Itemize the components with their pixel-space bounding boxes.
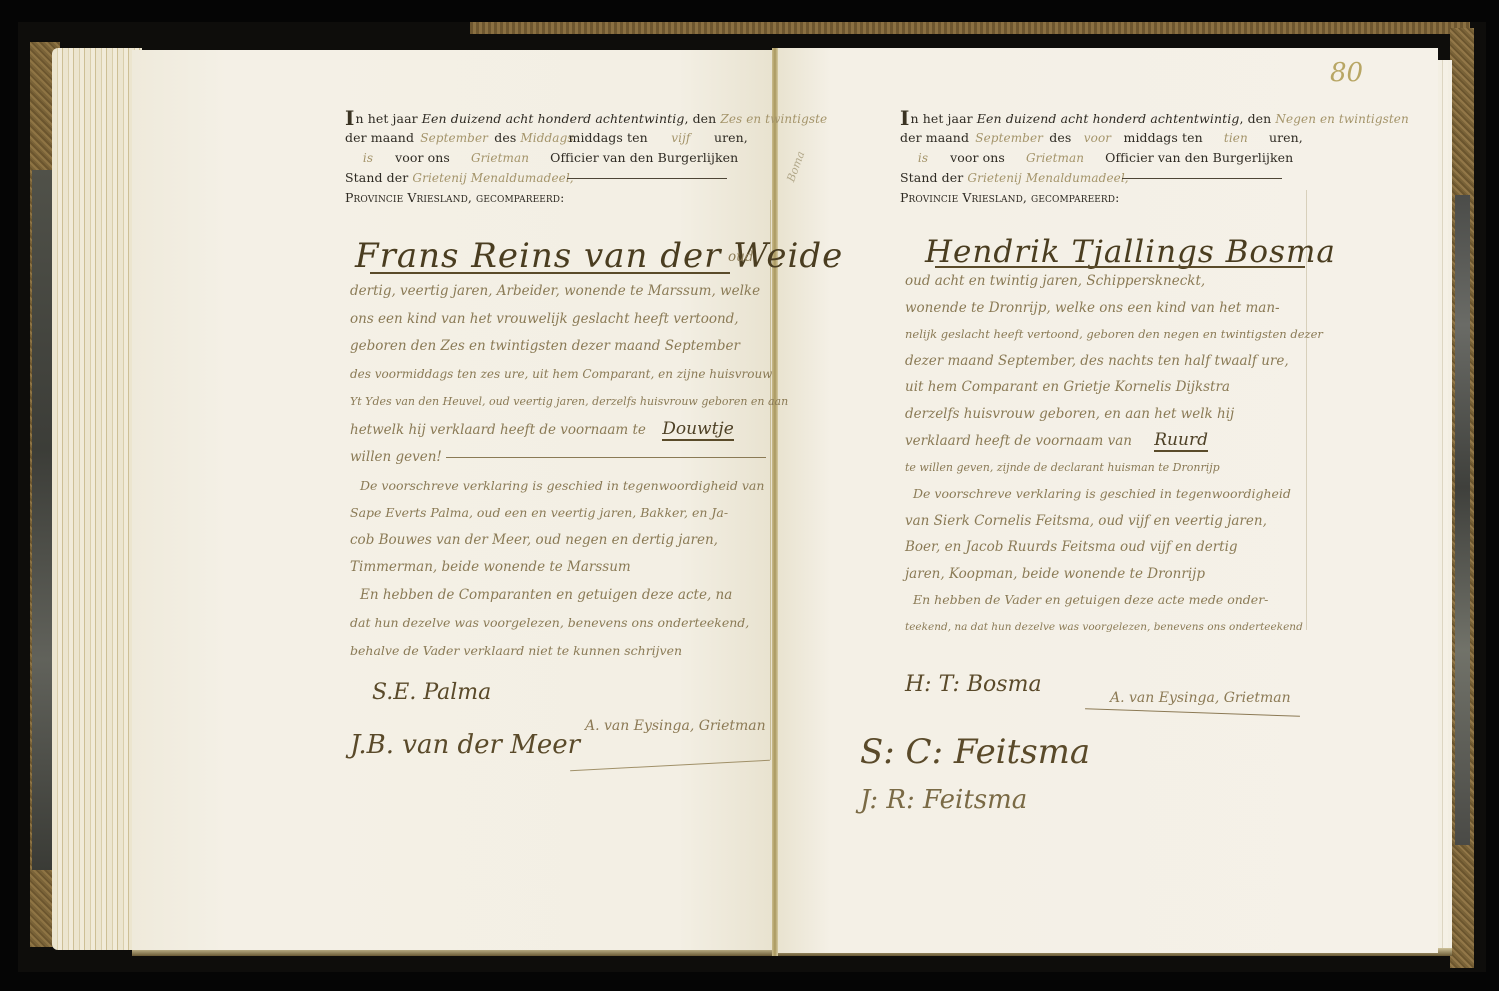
- name-underline: [370, 272, 730, 274]
- signature-official-right: A. van Eysinga, Grietman: [1110, 690, 1291, 706]
- witness-line: jaren, Koopman, beide wonende te Dronrij…: [905, 561, 1325, 588]
- printed-text: Provincie Vriesland, gecompareerd:: [900, 190, 1119, 205]
- printed-text: , den: [1239, 111, 1271, 126]
- witness-line: behalve de Vader verklaard niet te kunne…: [350, 637, 775, 665]
- printed-text: middags ten: [569, 130, 648, 145]
- child-name: Ruurd: [1154, 430, 1208, 452]
- printed-text: der maand: [900, 130, 969, 145]
- handwritten-text: willen geven!: [350, 449, 442, 465]
- signature-witness2-right: J: R: Feitsma: [860, 785, 1027, 815]
- child-name: Douwtje: [662, 419, 734, 441]
- handwritten-hour: tien: [1207, 128, 1265, 148]
- handwritten-place: Grietenij Menaldumadeel,: [967, 168, 1117, 188]
- handwritten-is: is: [345, 148, 391, 168]
- handwritten-line: oud: [728, 244, 753, 272]
- left-printed-header: In het jaar Een duizend acht honderd ach…: [345, 108, 775, 208]
- printed-text: n het jaar: [355, 111, 417, 126]
- signature-official-left: A. van Eysinga, Grietman: [585, 718, 766, 734]
- handwritten-text: hetwelk hij verklaard heeft de voornaam …: [350, 422, 646, 438]
- printed-text: der maand: [345, 130, 414, 145]
- printed-text: des: [494, 130, 516, 145]
- declarant-name-text: Frans Reins van der Weide: [355, 236, 843, 276]
- handwritten-place: Grietenij Menaldumadeel,: [412, 168, 562, 188]
- witness-line: De voorschreve verklaring is geschied in…: [350, 472, 775, 500]
- printed-text: des: [1049, 130, 1071, 145]
- printed-text: Officier van den Burgerlijken: [1105, 150, 1293, 165]
- printed-text: Stand der: [900, 170, 963, 185]
- handwritten-line: oud acht en twintig jaren, Schippersknec…: [905, 268, 1325, 295]
- handwritten-hour: vijf: [652, 128, 710, 148]
- marbled-board-right: [1455, 195, 1470, 845]
- declarant-name-right: Hendrik Tjallings Bosma: [925, 234, 1336, 270]
- handwritten-line: hetwelk hij verklaard heeft de voornaam …: [350, 416, 775, 445]
- handwritten-text: verklaard heeft de voornaam van: [905, 433, 1132, 449]
- printed-text: , den: [684, 111, 716, 126]
- handwritten-day: Zes en twintigste: [720, 109, 827, 129]
- handwritten-line: willen geven!: [350, 444, 775, 472]
- signature-witness2-left: J.B. van der Meer: [350, 730, 580, 760]
- printed-text: uren,: [1269, 130, 1303, 145]
- handwritten-line: des voormiddags ten zes ure, uit hem Com…: [350, 361, 775, 389]
- printed-text: Provincie Vriesland, gecompareerd:: [345, 190, 564, 205]
- signature-declarant-right: H: T: Bosma: [905, 672, 1042, 697]
- fill-rule: [1122, 178, 1282, 179]
- printed-text: middags ten: [1124, 130, 1203, 145]
- witness-line: Boer, en Jacob Ruurds Feitsma oud vijf e…: [905, 534, 1325, 561]
- witness-line: dat hun dezelve was voorgelezen, beneven…: [350, 609, 775, 637]
- handwritten-is: is: [900, 148, 946, 168]
- witness-line: cob Bouwes van der Meer, oud negen en de…: [350, 527, 775, 555]
- handwritten-line: dertig, veertig jaren, Arbeider, wonende…: [350, 278, 775, 306]
- witness-line: En hebben de Vader en getuigen deze acte…: [905, 587, 1325, 614]
- handwritten-daypart: voor: [1075, 128, 1119, 148]
- declarant-name-left: Frans Reins van der Weide: [355, 236, 843, 276]
- fill-rule: [567, 178, 727, 179]
- handwritten-daypart: Middags: [520, 128, 564, 148]
- printed-text: n het jaar: [910, 111, 972, 126]
- printed-text: voor ons: [395, 150, 450, 165]
- drop-cap: I: [345, 106, 354, 130]
- handwritten-line: derzelfs huisvrouw geboren, en aan het w…: [905, 401, 1325, 428]
- handwritten-line: ons een kind van het vrouwelijk geslacht…: [350, 306, 775, 334]
- signature-witness1-left: S.E. Palma: [372, 680, 491, 705]
- witness-line: teekend, na dat hun dezelve was voorgele…: [905, 614, 1325, 641]
- printed-text: uren,: [714, 130, 748, 145]
- handwritten-line: verklaard heeft de voornaam van Ruurd: [905, 427, 1325, 455]
- witness-line: te willen geven, zijnde de declarant hui…: [905, 455, 1325, 482]
- cloth-binding-top: [470, 22, 1470, 34]
- handwritten-office: Grietman: [454, 148, 546, 168]
- drop-cap: I: [900, 106, 909, 130]
- witness-line: En hebben de Comparanten en getuigen dez…: [350, 582, 775, 610]
- right-printed-header: In het jaar Een duizend acht honderd ach…: [900, 108, 1340, 208]
- witness-line: De voorschreve verklaring is geschied in…: [905, 481, 1325, 508]
- handwritten-line: dezer maand September, des nachts ten ha…: [905, 348, 1325, 375]
- handwritten-line: wonende te Dronrijp, welke ons een kind …: [905, 295, 1325, 322]
- printed-year: Een duizend acht honderd achtentwintig: [422, 111, 685, 126]
- page-stack-left: [52, 48, 142, 950]
- left-body-text: oud dertig, veertig jaren, Arbeider, won…: [350, 278, 775, 664]
- right-body-text: oud acht en twintig jaren, Schippersknec…: [905, 268, 1325, 640]
- handwritten-month: September: [973, 128, 1045, 148]
- handwritten-line: uit hem Comparant en Grietje Kornelis Di…: [905, 374, 1325, 401]
- printed-text: Stand der: [345, 170, 408, 185]
- handwritten-day: Negen en twintigsten: [1275, 109, 1408, 129]
- fill-rule: [446, 457, 766, 458]
- handwritten-line: geboren den Zes en twintigsten dezer maa…: [350, 333, 775, 361]
- witness-line: Sape Everts Palma, oud een en veertig ja…: [350, 499, 775, 527]
- handwritten-office: Grietman: [1009, 148, 1101, 168]
- declarant-name-text: Hendrik Tjallings Bosma: [925, 234, 1336, 270]
- printed-year: Een duizend acht honderd achtentwintig: [977, 111, 1240, 126]
- witness-line: Timmerman, beide wonende te Marssum: [350, 554, 775, 582]
- signature-witness1-right: S: C: Feitsma: [860, 732, 1090, 772]
- page-number: 80: [1330, 58, 1363, 88]
- handwritten-month: September: [418, 128, 490, 148]
- printed-text: voor ons: [950, 150, 1005, 165]
- printed-text: Officier van den Burgerlijken: [550, 150, 738, 165]
- witness-line: van Sierk Cornelis Feitsma, oud vijf en …: [905, 508, 1325, 535]
- handwritten-line: nelijk geslacht heeft vertoond, geboren …: [905, 321, 1325, 348]
- handwritten-line: Yt Ydes van den Heuvel, oud veertig jare…: [350, 388, 775, 416]
